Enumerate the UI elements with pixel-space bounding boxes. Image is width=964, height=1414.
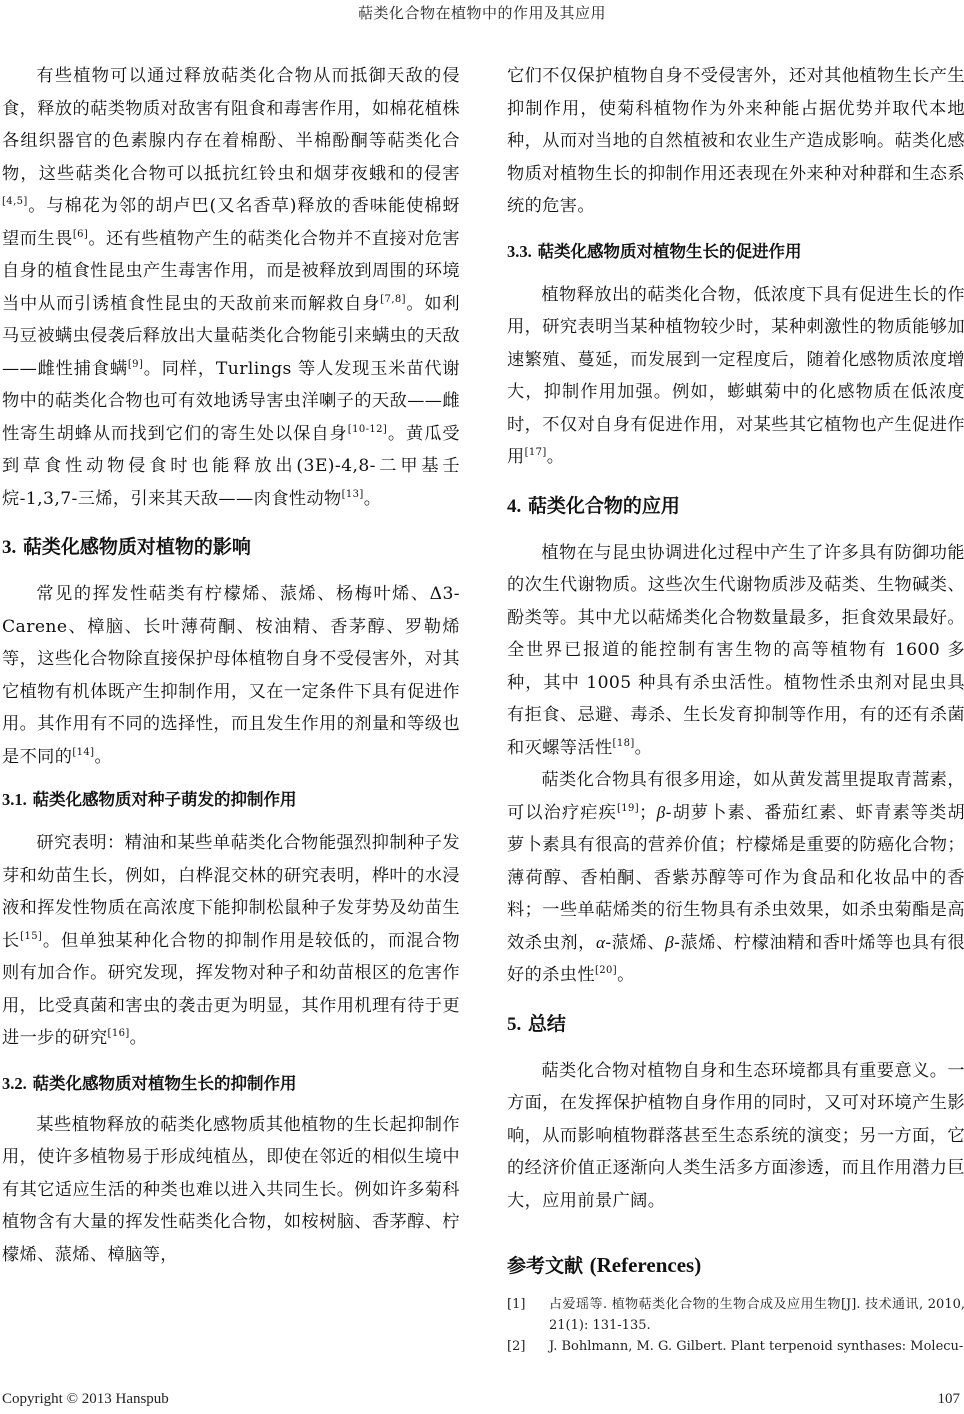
paragraph: 它们不仅保护植物自身不受侵害外，还对其他植物生长产生抑制作用，使菊科植物作为外来… <box>507 60 964 223</box>
section-heading-3-3: 3.3. 萜类化感物质对植物生长的促进作用 <box>507 241 964 263</box>
references-heading: 参考文献 (References) <box>507 1253 964 1278</box>
citation[interactable]: [15] <box>20 931 42 942</box>
section-heading-5: 5. 总结 <box>507 1012 964 1037</box>
paragraph: 有些植物可以通过释放萜类化合物从而抵御天敌的侵食，释放的萜类物质对敌害有阻食和毒… <box>2 60 460 515</box>
citation[interactable]: [14] <box>72 747 94 758</box>
running-header: 萜类化合物在植物中的作用及其应用 <box>0 2 964 23</box>
section-heading-4: 4. 萜类化合物的应用 <box>507 494 964 519</box>
page-number: 107 <box>938 1391 961 1408</box>
reference-item: [2] J. Bohlmann, M. G. Gilbert. Plant te… <box>507 1336 964 1357</box>
citation[interactable]: [9] <box>128 359 143 370</box>
section-heading-3-1: 3.1. 萜类化感物质对种子萌发的抑制作用 <box>2 789 460 811</box>
left-column: 有些植物可以通过释放萜类化合物从而抵御天敌的侵食，释放的萜类物质对敌害有阻食和毒… <box>2 60 460 1271</box>
citation[interactable]: [19] <box>617 803 639 814</box>
section-heading-3: 3. 萜类化感物质对植物的影响 <box>2 535 460 560</box>
paragraph: 某些植物释放的萜类化感物质其他植物的生长起抑制作用，使许多植物易于形成纯植丛，即… <box>2 1109 460 1272</box>
paragraph: 萜类化合物对植物自身和生态环境都具有重要意义。一方面，在发挥保护植物自身作用的同… <box>507 1055 964 1218</box>
reference-item: [1] 占爱瑶等. 植物萜类化合物的生物合成及应用生物[J]. 技术通讯, 20… <box>507 1294 964 1336</box>
paragraph: 常见的挥发性萜类有柠檬烯、蒎烯、杨梅叶烯、Δ3-Carene、樟脑、长叶薄荷酮、… <box>2 578 460 773</box>
citation[interactable]: [10-12] <box>348 424 387 435</box>
citation[interactable]: [4,5] <box>2 196 28 207</box>
citation[interactable]: [20] <box>595 965 617 976</box>
citation[interactable]: [7,8] <box>380 294 406 305</box>
citation[interactable]: [6] <box>73 229 88 240</box>
citation[interactable]: [17] <box>525 447 547 458</box>
right-column: 它们不仅保护植物自身不受侵害外，还对其他植物生长产生抑制作用，使菊科植物作为外来… <box>507 60 964 1357</box>
paragraph: 研究表明：精油和某些单萜类化合物能强烈抑制种子发芽和幼苗生长，例如，白桦混交林的… <box>2 827 460 1055</box>
paragraph: 萜类化合物具有很多用途，如从黄发蒿里提取青蒿素，可以治疗疟疾[19]；β-胡萝卜… <box>507 764 964 992</box>
citation[interactable]: [13] <box>342 489 364 500</box>
paragraph: 植物在与昆虫协调进化过程中产生了许多具有防御功能的次生代谢物质。这些次生代谢物质… <box>507 537 964 765</box>
copyright: Copyright © 2013 Hanspub <box>2 1391 169 1408</box>
page-footer: Copyright © 2013 Hanspub 107 <box>2 1391 960 1408</box>
paragraph: 植物释放出的萜类化合物，低浓度下具有促进生长的作用，研究表明当某种植物较少时，某… <box>507 279 964 474</box>
citation[interactable]: [16] <box>108 1028 130 1039</box>
section-heading-3-2: 3.2. 萜类化感物质对植物生长的抑制作用 <box>2 1073 460 1095</box>
citation[interactable]: [18] <box>613 738 635 749</box>
